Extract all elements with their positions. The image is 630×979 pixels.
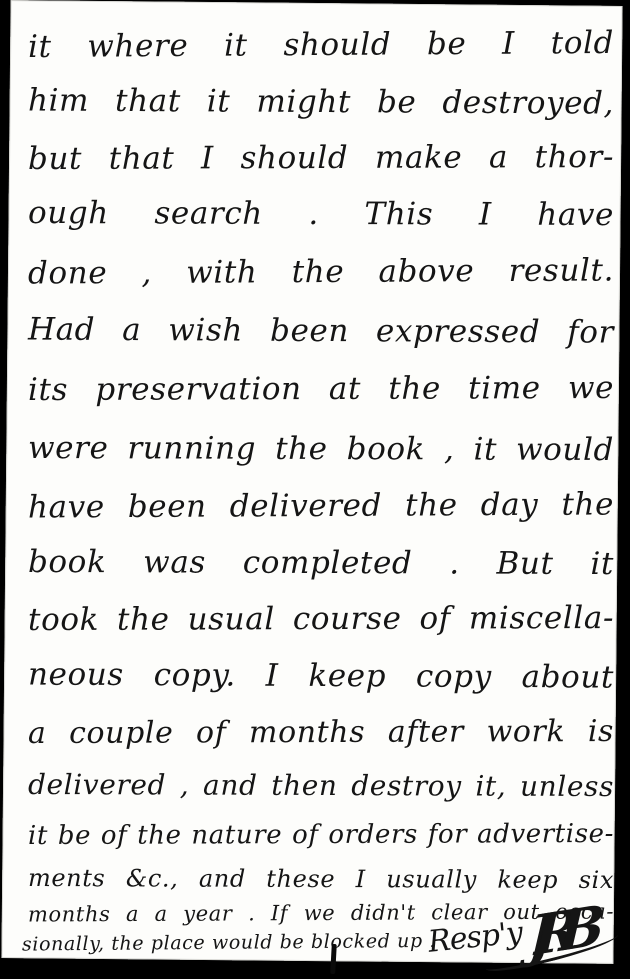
- handwriting-line: it where it should be I told: [28, 28, 614, 63]
- handwriting-line: its preservation at the time we: [28, 373, 614, 406]
- handwriting-line: sionally, the place would be blocked up …: [22, 932, 378, 954]
- handwriting-line: a couple of months after work is: [28, 717, 614, 749]
- handwriting-line: ough search . This I have: [28, 198, 614, 231]
- handwriting-line: but that I should make a thor-: [28, 142, 614, 175]
- scan-border: it where it should be I told him that it…: [0, 0, 630, 979]
- handwriting-line: done , with the above result.: [28, 255, 614, 289]
- ink-blot: [330, 944, 337, 974]
- handwriting-line: were running the book , it would: [28, 433, 614, 466]
- handwriting-line: took the usual course of miscella-: [28, 603, 614, 636]
- handwriting-line: Had a wish been expressed for: [28, 314, 614, 348]
- handwriting-line: neous copy. I keep copy about: [28, 659, 614, 693]
- handwriting-line: ments &c., and these I usually keep six: [28, 866, 614, 892]
- handwriting-line: delivered , and then destroy it, unless: [28, 771, 614, 801]
- handwriting-line: it be of the nature of orders for advert…: [28, 821, 614, 849]
- handwriting-line: book was completed . But it: [28, 547, 614, 580]
- handwriting-line: have been delivered the day the: [28, 489, 614, 523]
- letter-text: it where it should be I told him that it…: [0, 0, 630, 979]
- handwriting-line: him that it might be destroyed,: [28, 85, 614, 119]
